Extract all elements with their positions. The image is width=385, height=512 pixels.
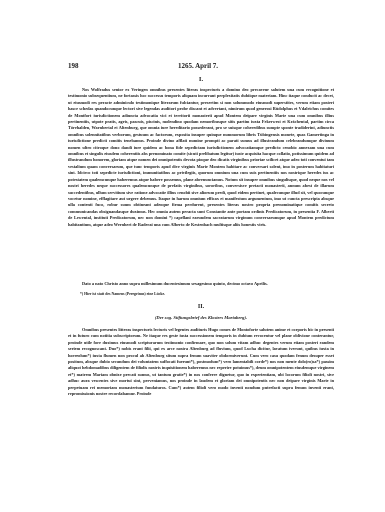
running-head: 198 1265. April 7. — [68, 62, 334, 72]
section-2-paragraph: Omnibus presentes litteras inspecturis l… — [68, 327, 334, 397]
page-number: 198 — [68, 62, 79, 70]
section-2-subtitle: (Der sog. Stiftungsbrief des Klosters Ma… — [68, 315, 334, 320]
section-2-body: Omnibus presentes litteras inspecturis l… — [68, 327, 334, 397]
section-1-paragraph: Nos Wolfradus senior ex Veringen omnibus… — [68, 87, 334, 228]
section-1-body: Nos Wolfradus senior ex Veringen omnibus… — [68, 87, 334, 228]
section-2-numeral: II. — [68, 304, 334, 310]
section-1-footnote: *) Hier ist statt des Namens (Peregrinus… — [80, 292, 334, 297]
section-1-numeral: I. — [68, 76, 334, 83]
header-date: 1265. April 7. — [178, 62, 218, 70]
section-1-dating-line: Dato a nato Christo anno supra millesimu… — [68, 281, 334, 287]
